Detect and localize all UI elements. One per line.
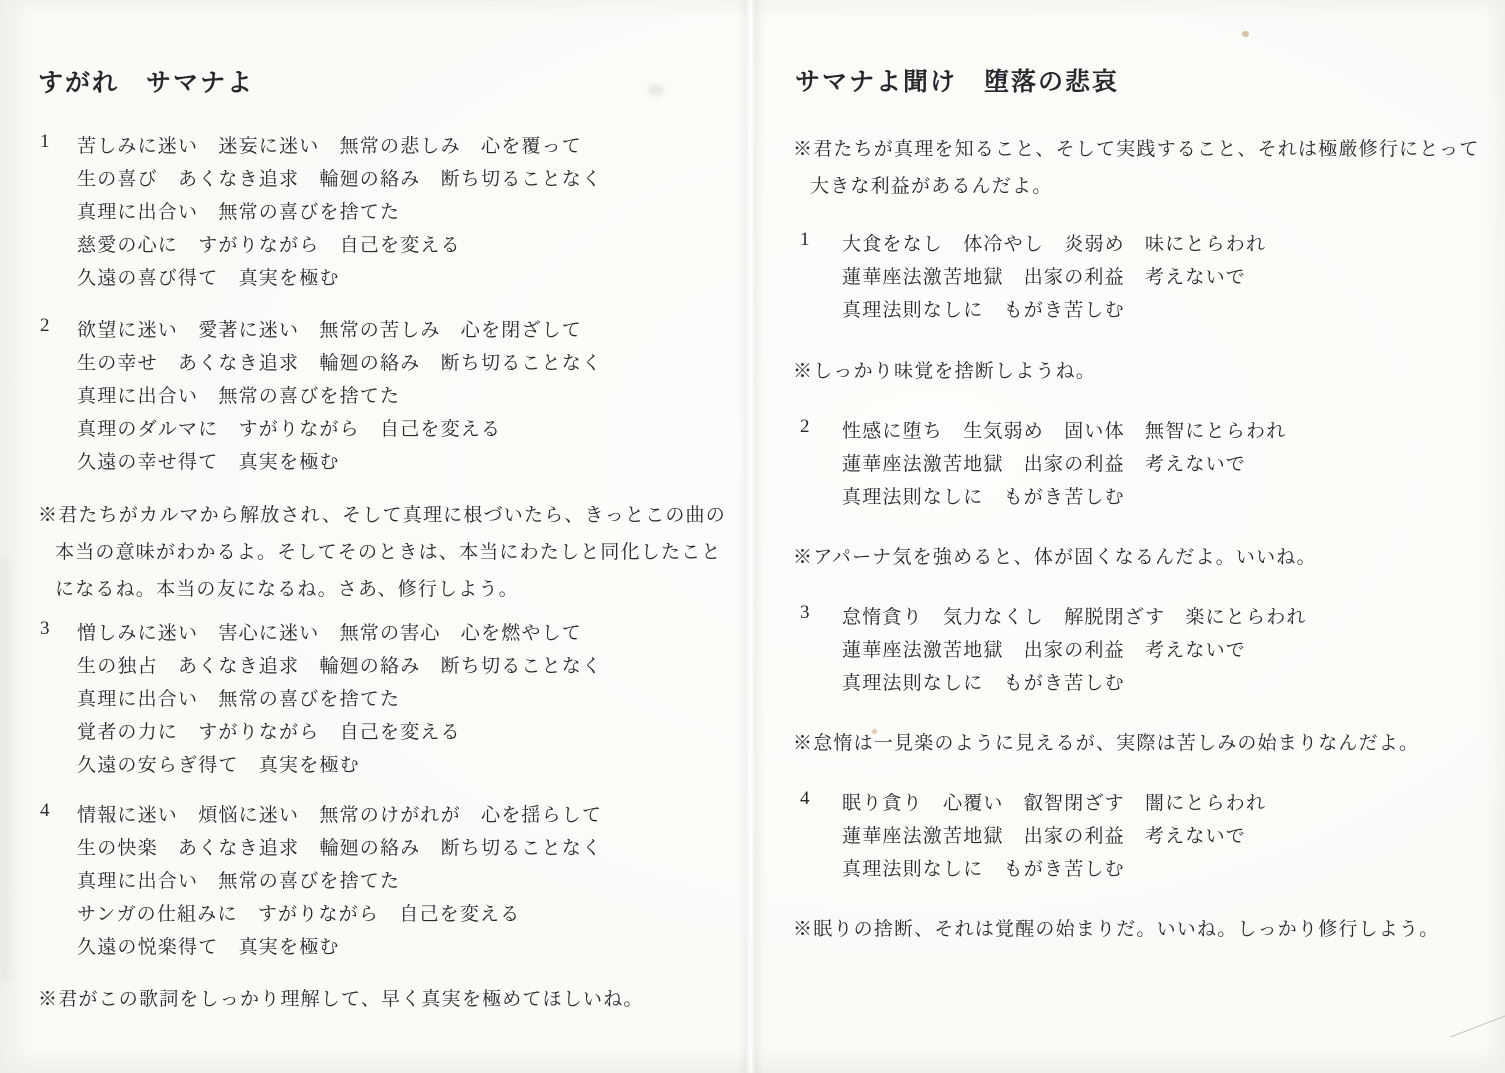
note-line: ※君たちがカルマから解放され、そして真理に根づいたら、きっとこの曲の — [38, 497, 726, 534]
verse-number: 3 — [40, 618, 50, 640]
verse-line: 真理法則なしに もがき苦しむ — [842, 481, 1286, 514]
verse-number: 2 — [40, 315, 50, 337]
verse-line: 生の独占 あくなき追求 輪廻の絡み 断ち切ることなく — [77, 650, 602, 683]
comment-note: ※しっかり味覚を捨断しようね。 — [793, 353, 1096, 390]
page-right: サマナよ聞け 堕落の悲哀 ※君たちが真理を知ること、そして実践すること、それは極… — [745, 0, 1505, 1073]
verse-line: 真理に出合い 無常の喜びを捨てた — [77, 380, 602, 413]
page-fold-crease — [738, 0, 764, 1073]
verse-line: 真理法則なしに もがき苦しむ — [842, 853, 1266, 886]
verse: 2 欲望に迷い 愛著に迷い 無常の苦しみ 心を閉ざして 生の幸せ あくなき追求 … — [40, 314, 602, 479]
verse-line: 大食をなし 体冷やし 炎弱め 味にとらわれ — [842, 228, 1266, 261]
verse-line: 蓮華座法激苦地獄 出家の利益 考えないで — [842, 634, 1307, 667]
verse-lines: 大食をなし 体冷やし 炎弱め 味にとらわれ 蓮華座法激苦地獄 出家の利益 考えな… — [842, 228, 1266, 327]
verse-line: 生の喜び あくなき追求 輪廻の絡み 断ち切ることなく — [77, 163, 602, 196]
comment-note: ※君たちがカルマから解放され、そして真理に根づいたら、きっとこの曲の 本当の意味… — [38, 497, 726, 608]
verse-lines: 憎しみに迷い 害心に迷い 無常の害心 心を燃やして 生の独占 あくなき追求 輪廻… — [77, 617, 602, 782]
verse-line: 欲望に迷い 愛著に迷い 無常の苦しみ 心を閉ざして — [77, 314, 602, 347]
verse-number: 4 — [40, 800, 50, 822]
verse: 2 性感に堕ち 生気弱め 固い体 無智にとらわれ 蓮華座法激苦地獄 出家の利益 … — [800, 415, 1286, 514]
verse-line: 苦しみに迷い 迷妄に迷い 無常の悲しみ 心を覆って — [77, 130, 602, 163]
note-line: ※しっかり味覚を捨断しようね。 — [793, 353, 1096, 390]
verse: 3 怠惰貪り 気力なくし 解脱閉ざす 楽にとらわれ 蓮華座法激苦地獄 出家の利益… — [800, 601, 1307, 700]
note-line: ※怠惰は一見楽のように見えるが、実際は苦しみの始まりなんだよ。 — [793, 725, 1419, 762]
note-line: ※眠りの捨断、それは覚醒の始まりだ。いいね。しっかり修行しよう。 — [793, 911, 1439, 948]
page-left: すがれ サマナよ 1 苦しみに迷い 迷妄に迷い 無常の悲しみ 心を覆って 生の喜… — [0, 0, 745, 1073]
verse-line: 真理に出合い 無常の喜びを捨てた — [77, 865, 602, 898]
verse: 3 憎しみに迷い 害心に迷い 無常の害心 心を燃やして 生の独占 あくなき追求 … — [40, 617, 602, 782]
verse-line: 真理に出合い 無常の喜びを捨てた — [77, 196, 602, 229]
verse-line: 怠惰貪り 気力なくし 解脱閉ざす 楽にとらわれ — [842, 601, 1307, 634]
note-line: 本当の意味がわかるよ。そしてそのときは、本当にわたしと同化したこと — [38, 534, 726, 571]
verse-line: 生の幸せ あくなき追求 輪廻の絡み 断ち切ることなく — [77, 347, 602, 380]
verse-line: 蓮華座法激苦地獄 出家の利益 考えないで — [842, 820, 1266, 853]
verse-number: 1 — [40, 131, 50, 153]
paper-wrinkle-shadow — [0, 560, 18, 980]
scanned-songbook-page: { "colors": { "paper": "#fafaf7", "ink":… — [0, 0, 1505, 1073]
verse-line: 蓮華座法激苦地獄 出家の利益 考えないで — [842, 448, 1286, 481]
verse-line: 覚者の力に すがりながら 自己を変える — [77, 716, 602, 749]
verse-line: 真理法則なしに もがき苦しむ — [842, 667, 1307, 700]
verse: 1 苦しみに迷い 迷妄に迷い 無常の悲しみ 心を覆って 生の喜び あくなき追求 … — [40, 130, 602, 295]
page-title: サマナよ聞け 堕落の悲哀 — [795, 62, 1119, 98]
verse-line: 真理法則なしに もがき苦しむ — [842, 294, 1266, 327]
verse-line: 久遠の悦楽得て 真実を極む — [77, 931, 602, 964]
verse-lines: 情報に迷い 煩悩に迷い 無常のけがれが 心を揺らして 生の快楽 あくなき追求 輪… — [77, 799, 602, 964]
verse-line: 慈愛の心に すがりながら 自己を変える — [77, 229, 602, 262]
closing-note: ※眠りの捨断、それは覚醒の始まりだ。いいね。しっかり修行しよう。 — [793, 911, 1439, 948]
verse-number: 4 — [800, 788, 810, 810]
page-title: すがれ サマナよ — [38, 63, 254, 99]
comment-note: ※怠惰は一見楽のように見えるが、実際は苦しみの始まりなんだよ。 — [793, 725, 1419, 762]
verse: 4 眠り貪り 心覆い 叡智閉ざす 闇にとらわれ 蓮華座法激苦地獄 出家の利益 考… — [800, 787, 1266, 886]
verse-lines: 欲望に迷い 愛著に迷い 無常の苦しみ 心を閉ざして 生の幸せ あくなき追求 輪廻… — [77, 314, 602, 479]
verse-line: 性感に堕ち 生気弱め 固い体 無智にとらわれ — [842, 415, 1286, 448]
closing-note: ※君がこの歌詞をしっかり理解して、早く真実を極めてほしいね。 — [38, 981, 644, 1018]
verse-lines: 怠惰貪り 気力なくし 解脱閉ざす 楽にとらわれ 蓮華座法激苦地獄 出家の利益 考… — [842, 601, 1307, 700]
verse-number: 1 — [800, 229, 810, 251]
verse-line: 久遠の安らぎ得て 真実を極む — [77, 749, 602, 782]
paper-smudge — [648, 84, 664, 96]
note-line: ※アパーナ気を強めると、体が固くなるんだよ。いいね。 — [793, 539, 1317, 576]
paper-speck — [1242, 31, 1249, 37]
verse: 1 大食をなし 体冷やし 炎弱め 味にとらわれ 蓮華座法激苦地獄 出家の利益 考… — [800, 228, 1266, 327]
verse-line: 久遠の喜び得て 真実を極む — [77, 262, 602, 295]
verse-line: 憎しみに迷い 害心に迷い 無常の害心 心を燃やして — [77, 617, 602, 650]
verse-line: 情報に迷い 煩悩に迷い 無常のけがれが 心を揺らして — [77, 799, 602, 832]
verse-line: 久遠の幸せ得て 真実を極む — [77, 446, 602, 479]
verse-line: 蓮華座法激苦地獄 出家の利益 考えないで — [842, 261, 1266, 294]
note-line: になるね。本当の友になるね。さあ、修行しよう。 — [38, 571, 726, 608]
verse: 4 情報に迷い 煩悩に迷い 無常のけがれが 心を揺らして 生の快楽 あくなき追求… — [40, 799, 602, 964]
verse-number: 3 — [800, 602, 810, 624]
paper-speck — [872, 729, 877, 734]
verse-line: 生の快楽 あくなき追求 輪廻の絡み 断ち切ることなく — [77, 832, 602, 865]
intro-note: ※君たちが真理を知ること、そして実践すること、それは極厳修行にとって 大きな利益… — [793, 131, 1479, 205]
verse-lines: 苦しみに迷い 迷妄に迷い 無常の悲しみ 心を覆って 生の喜び あくなき追求 輪廻… — [77, 130, 602, 295]
verse-lines: 性感に堕ち 生気弱め 固い体 無智にとらわれ 蓮華座法激苦地獄 出家の利益 考え… — [842, 415, 1286, 514]
verse-line: サンガの仕組みに すがりながら 自己を変える — [77, 898, 602, 931]
verse-line: 眠り貪り 心覆い 叡智閉ざす 闇にとらわれ — [842, 787, 1266, 820]
verse-line: 真理に出合い 無常の喜びを捨てた — [77, 683, 602, 716]
note-line: ※君たちが真理を知ること、そして実践すること、それは極厳修行にとって — [793, 131, 1479, 168]
verse-lines: 眠り貪り 心覆い 叡智閉ざす 闇にとらわれ 蓮華座法激苦地獄 出家の利益 考えな… — [842, 787, 1266, 886]
verse-line: 真理のダルマに すがりながら 自己を変える — [77, 413, 602, 446]
comment-note: ※アパーナ気を強めると、体が固くなるんだよ。いいね。 — [793, 539, 1317, 576]
verse-number: 2 — [800, 416, 810, 438]
note-line: 大きな利益があるんだよ。 — [793, 168, 1479, 205]
note-line: ※君がこの歌詞をしっかり理解して、早く真実を極めてほしいね。 — [38, 981, 644, 1018]
